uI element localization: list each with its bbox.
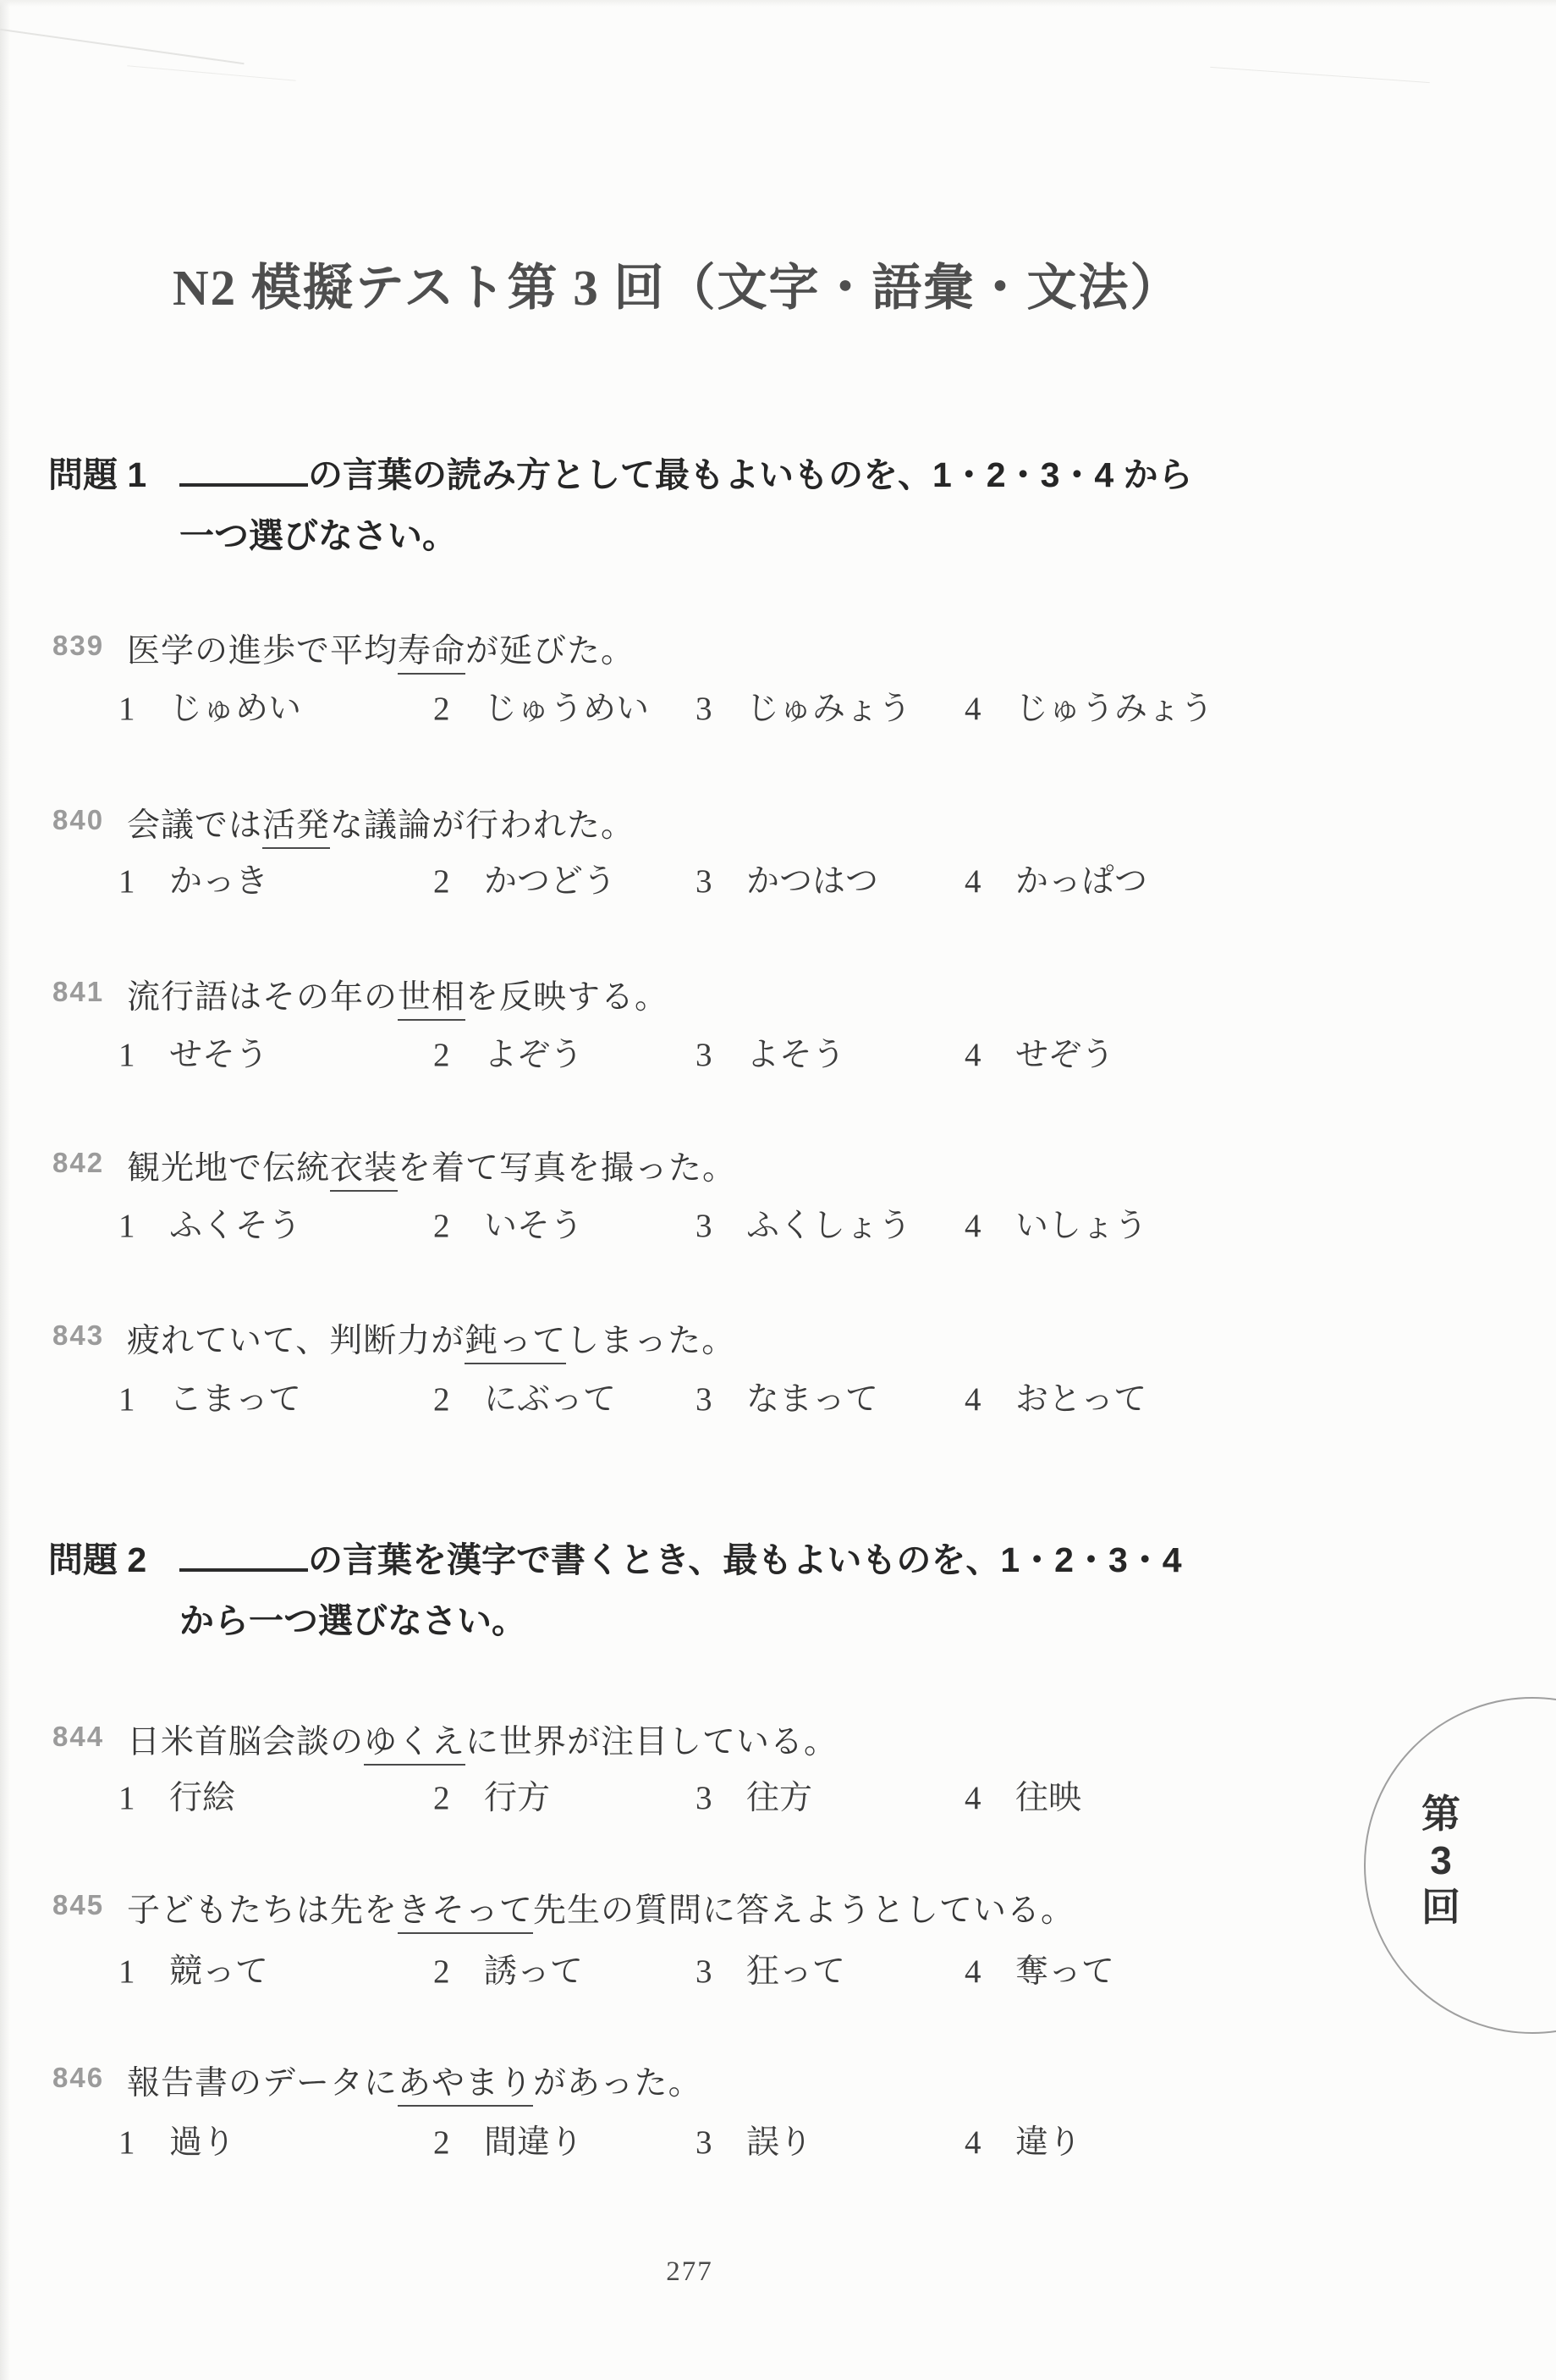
option-3: 3往方 (696, 1771, 965, 1819)
option-1: 1ふくそう (118, 1199, 433, 1247)
question-sentence: 子どもたちは先をきそって先生の質問に答えようとしている。 (127, 1884, 1075, 1931)
option-number: 4 (965, 1207, 985, 1245)
option-4: 4違り (965, 2116, 1081, 2163)
sentence-pre: 医学の進歩で平均 (127, 633, 398, 669)
option-3: 3よそう (696, 1028, 965, 1076)
option-number: 1 (118, 1953, 139, 1991)
question-sentence: 日米首脳会談のゆくえに世界が注目している。 (127, 1716, 838, 1763)
underlined-word: 寿命 (398, 633, 465, 675)
problem-1-heading: 問題 1の言葉の読み方として最もよいものを、1・2・3・4 から (48, 447, 1193, 497)
option-4: 4おとって (965, 1373, 1146, 1420)
problem-2-instruction: の言葉を漢字で書くとき、最もよいものを、1・2・3・4 (308, 1540, 1182, 1579)
option-number: 1 (118, 2124, 139, 2162)
question-sentence: 報告書のデータにあやまりがあった。 (127, 2057, 702, 2104)
option-1: 1過り (118, 2116, 433, 2163)
option-3: 3誤り (696, 2116, 965, 2163)
sentence-post: を着て写真を撮った。 (398, 1150, 736, 1187)
chapter-tab-char: 3 (1410, 1837, 1472, 1884)
option-number: 3 (696, 1036, 716, 1074)
option-text: じゅうみょう (1015, 691, 1213, 727)
options-row: 1こまって 2にぶって 3なまって 4おとって (118, 1373, 1146, 1420)
option-text: 違り (1015, 2124, 1081, 2161)
option-number: 4 (965, 1953, 985, 1991)
option-text: かつはつ (746, 863, 878, 900)
underlined-word: 活発 (262, 807, 330, 849)
option-text: じゅうめい (484, 691, 649, 727)
sentence-post: に世界が注目している。 (465, 1724, 838, 1760)
sentence-pre: 子どもたちは先を (127, 1892, 398, 1929)
option-number: 3 (696, 1779, 716, 1817)
problem-1-instruction: の言葉の読み方として最もよいものを、1・2・3・4 から (308, 455, 1193, 494)
option-number: 1 (118, 690, 139, 728)
option-text: いしょう (1015, 1208, 1147, 1244)
problem-1-label: 問題 1 (48, 447, 179, 497)
underlined-word: ゆくえ (364, 1724, 465, 1766)
question-sentence: 流行語はその年の世相を反映する。 (127, 971, 668, 1018)
option-number: 1 (118, 1207, 139, 1245)
option-number: 1 (118, 1036, 139, 1074)
question-number: 841 (52, 976, 104, 1008)
option-text: こまって (169, 1381, 301, 1418)
option-number: 2 (433, 1779, 454, 1817)
scan-crease (0, 25, 245, 65)
option-text: じゅみょう (746, 691, 911, 727)
underlined-word: 鈍って (465, 1323, 566, 1364)
options-row: 1過り 2間違り 3誤り 4違り (118, 2116, 1081, 2163)
option-text: おとって (1015, 1381, 1146, 1418)
option-number: 4 (965, 690, 985, 728)
option-2: 2じゅうめい (433, 682, 696, 730)
blank-underline (179, 483, 308, 487)
option-text: いそう (484, 1208, 583, 1244)
sentence-pre: 疲れていて、判断力が (127, 1323, 465, 1359)
underlined-word: あやまり (398, 2065, 533, 2107)
option-4: 4かっぱつ (965, 855, 1147, 902)
sentence-post: な議論が行われた。 (330, 807, 635, 844)
option-2: 2行方 (433, 1771, 696, 1819)
option-text: せそう (169, 1037, 268, 1073)
option-number: 3 (696, 862, 716, 901)
option-number: 2 (433, 1380, 454, 1419)
option-number: 2 (433, 1036, 454, 1074)
option-text: 誘って (484, 1953, 583, 1990)
option-number: 2 (433, 2124, 454, 2162)
option-number: 4 (965, 1036, 985, 1074)
option-text: かっぱつ (1015, 863, 1147, 900)
sentence-pre: 流行語はその年の (127, 979, 398, 1016)
option-number: 1 (118, 862, 139, 901)
chapter-tab-char: 回 (1410, 1884, 1472, 1931)
sentence-pre: 報告書のデータに (127, 2065, 398, 2102)
chapter-tab-char: 第 (1410, 1791, 1472, 1837)
sentence-pre: 会議では (127, 807, 262, 844)
option-number: 2 (433, 862, 454, 901)
option-number: 3 (696, 690, 716, 728)
problem-1-instruction-line2: 一つ選びなさい。 (179, 508, 457, 558)
option-text: かっき (169, 863, 268, 900)
options-row: 1競って 2誘って 3狂って 4奪って (118, 1945, 1114, 1992)
option-number: 2 (433, 690, 454, 728)
options-row: 1せそう 2よぞう 3よそう 4せぞう (118, 1028, 1114, 1076)
option-3: 3かつはつ (696, 855, 965, 902)
sentence-pre: 観光地で伝統 (127, 1150, 330, 1187)
sentence-pre: 日米首脳会談の (127, 1724, 364, 1760)
option-1: 1せそう (118, 1028, 433, 1076)
sentence-post: 先生の質問に答えようとしている。 (533, 1892, 1075, 1929)
option-text: 狂って (746, 1953, 845, 1990)
option-number: 3 (696, 1953, 716, 1991)
option-3: 3じゅみょう (696, 682, 965, 730)
option-text: 行絵 (169, 1780, 235, 1816)
option-text: 競って (169, 1953, 268, 1990)
sentence-post: があった。 (533, 2065, 702, 2102)
option-number: 2 (433, 1207, 454, 1245)
option-4: 4奪って (965, 1945, 1114, 1992)
option-text: じゅめい (169, 691, 301, 727)
option-number: 3 (696, 1207, 716, 1245)
option-text: なまって (746, 1381, 878, 1418)
options-row: 1行絵 2行方 3往方 4往映 (118, 1771, 1081, 1819)
option-4: 4いしょう (965, 1199, 1147, 1247)
option-number: 3 (696, 2124, 716, 2162)
blank-underline (179, 1568, 308, 1572)
sentence-post: が延びた。 (465, 633, 635, 669)
option-2: 2誘って (433, 1945, 696, 1992)
option-number: 4 (965, 862, 985, 901)
question-number: 843 (52, 1319, 104, 1352)
option-2: 2にぶって (433, 1373, 696, 1420)
options-row: 1ふくそう 2いそう 3ふくしょう 4いしょう (118, 1199, 1147, 1247)
options-row: 1かっき 2かつどう 3かつはつ 4かっぱつ (118, 855, 1147, 902)
question-number: 845 (52, 1889, 104, 1921)
option-1: 1競って (118, 1945, 433, 1992)
option-number: 3 (696, 1380, 716, 1419)
option-number: 2 (433, 1953, 454, 1991)
question-number: 839 (52, 630, 104, 662)
option-text: 往映 (1015, 1780, 1081, 1816)
underlined-word: 世相 (398, 979, 465, 1021)
page-title: N2 模擬テスト第 3 回（文字・語彙・文法） (173, 247, 1182, 319)
option-2: 2かつどう (433, 855, 696, 902)
chapter-tab: 第 3 回 (1410, 1791, 1472, 1931)
scan-crease (127, 65, 295, 80)
scan-edge-shadow (0, 0, 10, 2380)
option-4: 4せぞう (965, 1028, 1114, 1076)
option-text: ふくしょう (746, 1208, 911, 1244)
option-text: 間違り (484, 2124, 583, 2161)
question-sentence: 観光地で伝統衣装を着て写真を撮った。 (127, 1142, 736, 1189)
question-number: 846 (52, 2062, 104, 2094)
sentence-post: を反映する。 (465, 979, 668, 1016)
option-4: 4じゅうみょう (965, 682, 1213, 730)
option-text: 奪って (1015, 1953, 1114, 1990)
option-2: 2間違り (433, 2116, 696, 2163)
option-number: 1 (118, 1779, 139, 1817)
problem-2-instruction-line2: から一つ選びなさい。 (179, 1593, 526, 1643)
option-text: かつどう (484, 863, 616, 900)
question-number: 842 (52, 1147, 104, 1179)
option-text: 過り (169, 2124, 235, 2161)
option-1: 1じゅめい (118, 682, 433, 730)
sentence-post: しまった。 (566, 1323, 735, 1359)
scan-crease (1210, 67, 1429, 83)
problem-2-label: 問題 2 (48, 1532, 179, 1582)
option-number: 4 (965, 1779, 985, 1817)
option-text: ふくそう (169, 1208, 301, 1244)
option-4: 4往映 (965, 1771, 1081, 1819)
option-text: よそう (746, 1037, 845, 1073)
option-number: 4 (965, 2124, 985, 2162)
option-number: 4 (965, 1380, 985, 1419)
option-3: 3ふくしょう (696, 1199, 965, 1247)
option-text: せぞう (1015, 1037, 1114, 1073)
option-text: よぞう (484, 1037, 583, 1073)
underlined-word: きそって (398, 1892, 533, 1934)
question-sentence: 疲れていて、判断力が鈍ってしまった。 (127, 1314, 735, 1362)
question-number: 840 (52, 804, 104, 836)
option-3: 3なまって (696, 1373, 965, 1420)
option-2: 2よぞう (433, 1028, 696, 1076)
option-3: 3狂って (696, 1945, 965, 1992)
scan-edge-shadow-top (0, 0, 1556, 7)
option-number: 1 (118, 1380, 139, 1419)
underlined-word: 衣装 (330, 1150, 398, 1192)
option-text: にぶって (484, 1381, 616, 1418)
option-1: 1こまって (118, 1373, 433, 1420)
question-sentence: 会議では活発な議論が行われた。 (127, 799, 635, 846)
question-number: 844 (52, 1721, 104, 1753)
problem-2-heading: 問題 2の言葉を漢字で書くとき、最もよいものを、1・2・3・4 (48, 1532, 1182, 1582)
option-2: 2いそう (433, 1199, 696, 1247)
question-sentence: 医学の進歩で平均寿命が延びた。 (127, 625, 635, 672)
option-text: 往方 (746, 1780, 812, 1816)
page-number: 277 (643, 2256, 736, 2288)
option-text: 行方 (484, 1780, 550, 1816)
option-1: 1かっき (118, 855, 433, 902)
option-text: 誤り (746, 2124, 812, 2161)
options-row: 1じゅめい 2じゅうめい 3じゅみょう 4じゅうみょう (118, 682, 1213, 730)
option-1: 1行絵 (118, 1771, 433, 1819)
